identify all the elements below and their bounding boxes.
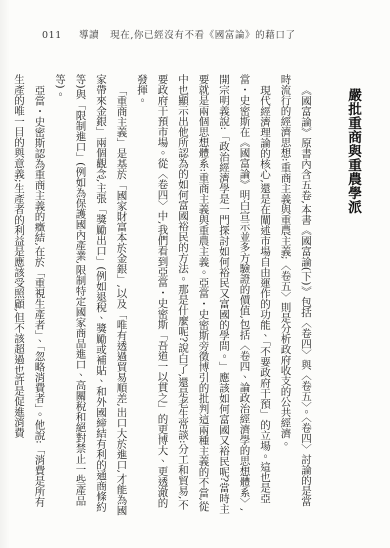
page-number: 011	[42, 30, 62, 41]
book-page: 011導讀現在,你已經沒有不看《國富論》的藉口了 嚴批重商與重農學派 《國富論》…	[0, 0, 390, 548]
paragraph-4: 亞當・史密斯認為重商主義的癥結,在於「重視生產者」、「忽略消費者」。他說:「消費…	[9, 74, 50, 515]
running-head: 011導讀現在,你已經沒有不看《國富論》的藉口了	[42, 27, 296, 41]
paragraph-2: 現代經濟理論的核心,還是在闡述市場自由運作的功能、「不要政府干預」的立場。這也是…	[132, 74, 276, 515]
body-text: 《國富論》原書內含五卷,本書《國富論(下)》包括〈卷四〉與〈卷五〉。〈卷四〉討論…	[9, 74, 317, 515]
section-heading: 嚴批重商與重農學派	[345, 88, 359, 214]
paragraph-1: 《國富論》原書內含五卷,本書《國富論(下)》包括〈卷四〉與〈卷五〉。〈卷四〉討論…	[275, 74, 316, 515]
paragraph-3: 「重商主義」是基於「國家財富本於金銀」,以及「唯有透過貿易順差,出口大於進口,才…	[50, 74, 132, 515]
running-head-book-title: 現在,你已經沒有不看《國富論》的藉口了	[110, 30, 295, 41]
section-label: 導讀	[79, 30, 99, 41]
